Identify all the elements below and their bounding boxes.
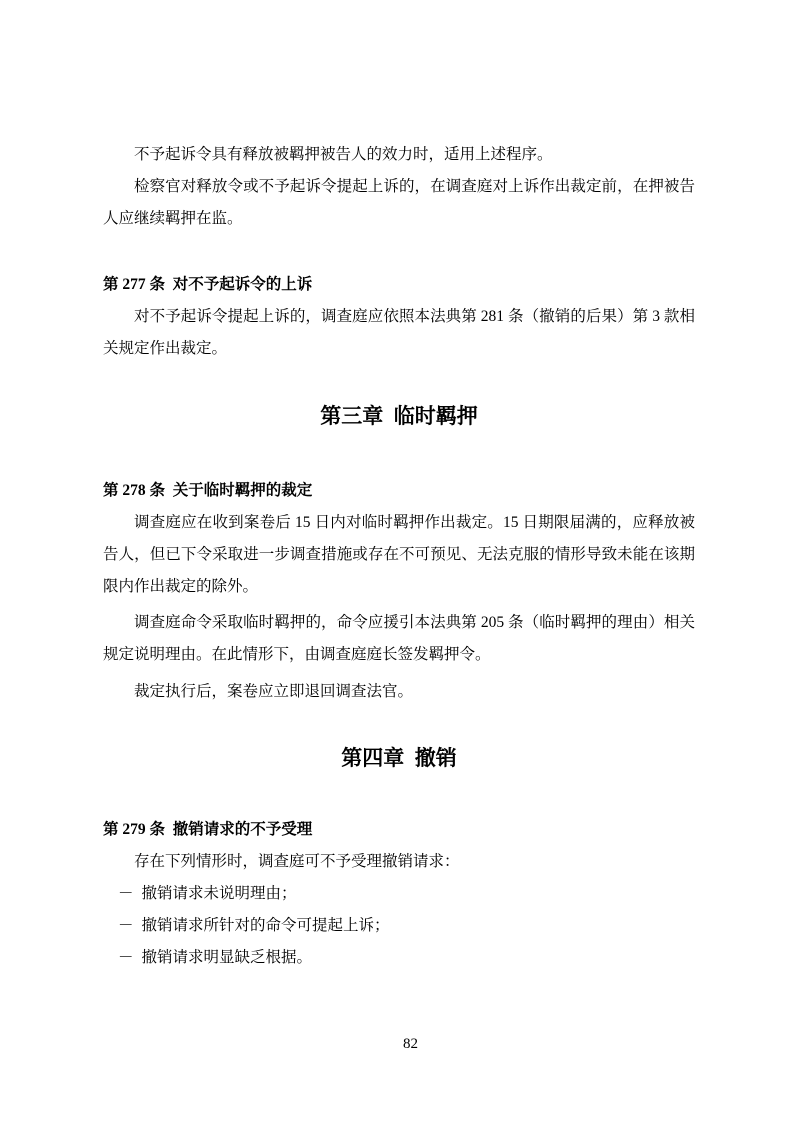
paragraph-article-278-body-1: 调查庭应在收到案卷后 15 日内对临时羁押作出裁定。15 日期限届满的，应释放被… bbox=[103, 507, 695, 603]
list-item: －撤销请求明显缺乏根据。 bbox=[103, 942, 695, 974]
paragraph-article-279-body: 存在下列情形时，调查庭可不予受理撤销请求： bbox=[103, 846, 695, 878]
article-heading-279: 第 279 条 撤销请求的不予受理 bbox=[103, 814, 695, 846]
document-page: 不予起诉令具有释放被羁押被告人的效力时，适用上述程序。 检察官对释放令或不予起诉… bbox=[0, 0, 793, 1122]
article-heading-278: 第 278 条 关于临时羁押的裁定 bbox=[103, 475, 695, 507]
list-item: －撤销请求未说明理由； bbox=[103, 878, 695, 910]
list-item-text: 撤销请求明显缺乏根据。 bbox=[142, 949, 313, 966]
chapter-heading-3: 第三章 临时羁押 bbox=[103, 398, 695, 434]
dash-list: －撤销请求未说明理由； －撤销请求所针对的命令可提起上诉； －撤销请求明显缺乏根… bbox=[103, 878, 695, 974]
list-item-text: 撤销请求未说明理由； bbox=[142, 885, 297, 902]
paragraph-prosecutor-appeal: 检察官对释放令或不予起诉令提起上诉的，在调查庭对上诉作出裁定前，在押被告人应继续… bbox=[103, 171, 695, 235]
article-heading-277: 第 277 条 对不予起诉令的上诉 bbox=[103, 269, 695, 301]
chapter-heading-4: 第四章 撤销 bbox=[103, 740, 695, 776]
list-item: －撤销请求所针对的命令可提起上诉； bbox=[103, 910, 695, 942]
list-item-text: 撤销请求所针对的命令可提起上诉； bbox=[142, 917, 390, 934]
paragraph-article-278-body-3: 裁定执行后，案卷应立即退回调查法官。 bbox=[103, 676, 695, 708]
paragraph-release-effect: 不予起诉令具有释放被羁押被告人的效力时，适用上述程序。 bbox=[103, 139, 695, 171]
dash-bullet: － bbox=[118, 878, 134, 910]
paragraph-article-278-body-2: 调查庭命令采取临时羁押的，命令应援引本法典第 205 条（临时羁押的理由）相关规… bbox=[103, 607, 695, 671]
page-number: 82 bbox=[28, 1034, 793, 1054]
paragraph-article-277-body: 对不予起诉令提起上诉的，调查庭应依照本法典第 281 条（撤销的后果）第 3 款… bbox=[103, 301, 695, 365]
dash-bullet: － bbox=[118, 942, 134, 974]
dash-bullet: － bbox=[118, 910, 134, 942]
